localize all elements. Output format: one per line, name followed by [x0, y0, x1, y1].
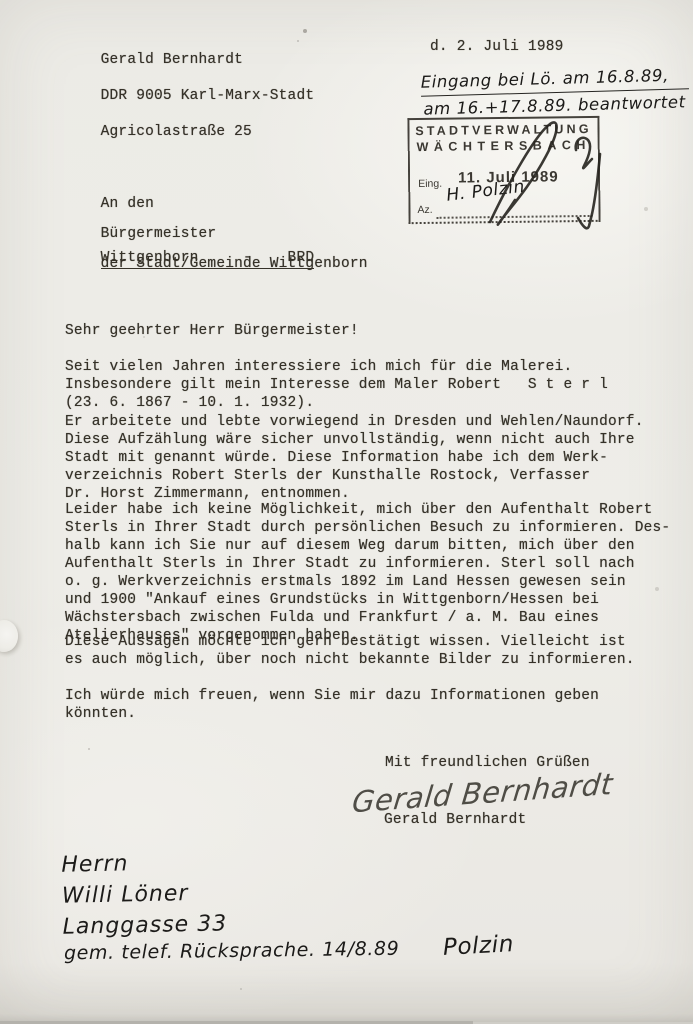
- stamp-authority-line1: STADTVERWALTUNG: [409, 122, 597, 138]
- recipient-city-line: Wittgenborn - BRD: [65, 231, 314, 287]
- salutation: Sehr geehrter Herr Bürgermeister!: [65, 322, 359, 340]
- typed-date: d. 2. Juli 1989: [430, 38, 564, 56]
- handwritten-receipt-annotation: Eingang bei Lö. am 16.8.89, am 16.+17.8.…: [420, 62, 689, 121]
- sender-street: Agricolastraße 25: [101, 124, 252, 140]
- sender-name: Gerald Bernhardt: [101, 52, 243, 68]
- paper-specks: [0, 0, 2, 2]
- footer-clerk-signature: Polzin: [442, 931, 514, 961]
- stamp-file-number-label: Az.: [417, 204, 432, 216]
- footer-handwritten-notes: Herrn Willi Löner Langgasse 33: [61, 846, 227, 942]
- sender-city: DDR 9005 Karl-Marx-Stadt: [101, 88, 315, 104]
- footer-phone-note: gem. telef. Rücksprache. 14/8.89: [64, 938, 400, 965]
- stamp-received-label: Eing.: [418, 178, 442, 190]
- recipient-city-underlined: Wittgenborn - BRD: [101, 249, 315, 269]
- paragraph-3: Leider habe ich keine Möglichkeit, mich …: [65, 501, 689, 645]
- paragraph-5: Ich würde mich freuen, wenn Sie mir dazu…: [65, 687, 685, 723]
- stamp-file-number-line: [437, 215, 593, 219]
- scanned-letter-page: Gerald Bernhardt DDR 9005 Karl-Marx-Stad…: [0, 0, 693, 1024]
- footer-note-line-3: Langgasse 33: [62, 908, 227, 942]
- paragraph-2: Er arbeitete und lebte vorwiegend in Dre…: [65, 413, 685, 503]
- paragraph-4: Diese Aussagen möchte ich gern bestätigt…: [65, 633, 685, 669]
- footer-note-line-1: Herrn: [61, 846, 226, 880]
- sender-address: Gerald Bernhardt DDR 9005 Karl-Marx-Stad…: [65, 33, 314, 159]
- footer-note-line-2: Willi Löner: [62, 877, 227, 911]
- hole-punch-mark: [0, 620, 18, 652]
- closing-phrase: Mit freundlichen Grüßen: [385, 754, 590, 772]
- recipient-line-1: An den: [101, 196, 154, 212]
- paragraph-1: Seit vielen Jahren interessiere ich mich…: [65, 358, 685, 412]
- typed-signature-name: Gerald Bernhardt: [384, 811, 526, 829]
- stamp-authority-line2: WÄCHTERSBACH: [410, 138, 598, 154]
- receipt-stamp: STADTVERWALTUNG WÄCHTERSBACH Eing. 11. J…: [407, 116, 600, 224]
